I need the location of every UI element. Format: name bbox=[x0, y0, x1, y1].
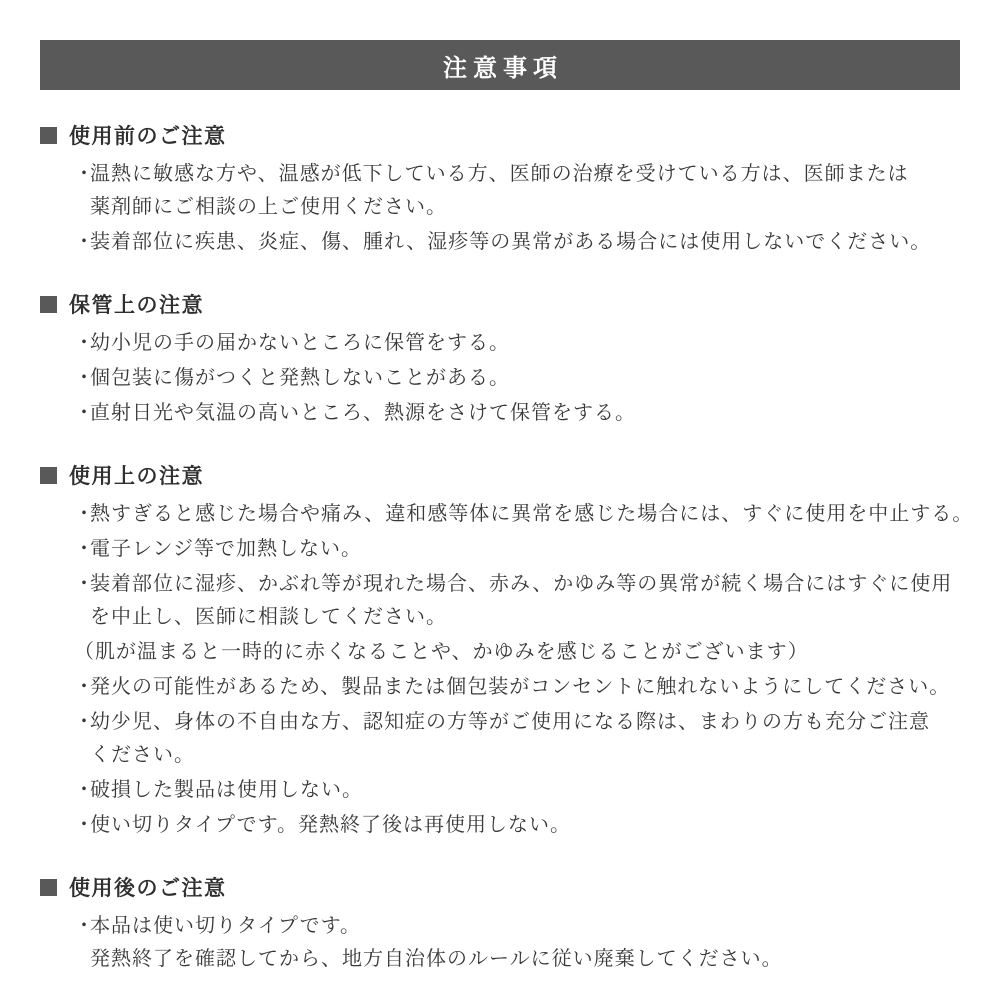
list-item: ・ 発火の可能性があるため、製品または個包装がコンセントに触れないようにしてくだ… bbox=[74, 671, 960, 704]
list-item-text: 直射日光や気温の高いところ、熱源をさけて保管をする。 bbox=[90, 397, 636, 430]
dot-bullet-icon: ・ bbox=[74, 568, 90, 601]
list-item: ・ 個包装に傷がつくと発熱しないことがある。 bbox=[74, 362, 960, 395]
list-item: ・ 使い切りタイプです。発熱終了後は再使用しない。 bbox=[74, 809, 960, 842]
dot-bullet-icon: ・ bbox=[74, 397, 90, 430]
list-item-text: 使い切りタイプです。発熱終了後は再使用しない。 bbox=[90, 809, 571, 842]
caution-list: ・ 本品は使い切りタイプです。 発熱終了を確認してから、地方自治体のルールに従い… bbox=[40, 910, 960, 976]
section-heading: 使用後のご注意 bbox=[40, 874, 960, 900]
dot-bullet-icon: ・ bbox=[74, 671, 90, 704]
section-before-use: 使用前のご注意 ・ 温熱に敏感な方や、温感が低下している方、医師の治療を受けてい… bbox=[40, 122, 960, 259]
list-item: ・ 直射日光や気温の高いところ、熱源をさけて保管をする。 bbox=[74, 397, 960, 430]
section-heading: 使用前のご注意 bbox=[40, 122, 960, 148]
section-heading: 保管上の注意 bbox=[40, 291, 960, 317]
dot-bullet-icon: ・ bbox=[74, 226, 90, 259]
section-heading-text: 保管上の注意 bbox=[69, 289, 204, 319]
dot-bullet-icon: ・ bbox=[74, 533, 90, 566]
caution-list: ・ 温熱に敏感な方や、温感が低下している方、医師の治療を受けている方は、医師また… bbox=[40, 158, 960, 259]
caution-list: ・ 熱すぎると感じた場合や痛み、違和感等体に異常を感じた場合には、すぐに使用を中… bbox=[40, 498, 960, 842]
square-bullet-icon bbox=[40, 467, 57, 484]
dot-bullet-icon: ・ bbox=[74, 809, 90, 842]
list-item: ・ 装着部位に疾患、炎症、傷、腫れ、湿疹等の異常がある場合には使用しないでくださ… bbox=[74, 226, 960, 259]
list-item: ・ 電子レンジ等で加熱しない。 bbox=[74, 533, 960, 566]
list-item: ・ 破損した製品は使用しない。 bbox=[74, 774, 960, 807]
list-item-text: 熱すぎると感じた場合や痛み、違和感等体に異常を感じた場合には、すぐに使用を中止す… bbox=[90, 498, 973, 531]
dot-bullet-icon: ・ bbox=[74, 774, 90, 807]
title-bar: 注意事項 bbox=[40, 40, 960, 90]
list-item: ・ 幼小児の手の届かないところに保管をする。 bbox=[74, 327, 960, 360]
section-heading-text: 使用上の注意 bbox=[69, 460, 204, 490]
list-item: ・ 熱すぎると感じた場合や痛み、違和感等体に異常を感じた場合には、すぐに使用を中… bbox=[74, 498, 960, 531]
section-heading: 使用上の注意 bbox=[40, 462, 960, 488]
section-storage: 保管上の注意 ・ 幼小児の手の届かないところに保管をする。 ・ 個包装に傷がつく… bbox=[40, 291, 960, 430]
dot-bullet-icon: ・ bbox=[74, 362, 90, 395]
list-item-text: 個包装に傷がつくと発熱しないことがある。 bbox=[90, 362, 510, 395]
list-item-text: 幼少児、身体の不自由な方、認知症の方等がご使用になる際は、まわりの方も充分ご注意… bbox=[90, 706, 930, 772]
caution-document: 注意事項 使用前のご注意 ・ 温熱に敏感な方や、温感が低下している方、医師の治療… bbox=[0, 0, 1000, 976]
dot-bullet-icon: ・ bbox=[74, 498, 90, 531]
list-item-text: 幼小児の手の届かないところに保管をする。 bbox=[90, 327, 510, 360]
list-item-text: 破損した製品は使用しない。 bbox=[90, 774, 363, 807]
list-item-text: 温熱に敏感な方や、温感が低下している方、医師の治療を受けている方は、医師または … bbox=[90, 158, 909, 224]
dot-bullet-icon: ・ bbox=[74, 706, 90, 739]
list-item: ・ 温熱に敏感な方や、温感が低下している方、医師の治療を受けている方は、医師また… bbox=[74, 158, 960, 224]
square-bullet-icon bbox=[40, 296, 57, 313]
dot-bullet-icon: ・ bbox=[74, 910, 90, 943]
list-item-text: 電子レンジ等で加熱しない。 bbox=[90, 533, 362, 566]
caution-list: ・ 幼小児の手の届かないところに保管をする。 ・ 個包装に傷がつくと発熱しないこ… bbox=[40, 327, 960, 430]
list-item-text: 装着部位に疾患、炎症、傷、腫れ、湿疹等の異常がある場合には使用しないでください。 bbox=[90, 226, 931, 259]
list-item: ・ 装着部位に湿疹、かぶれ等が現れた場合、赤み、かゆみ等の異常が続く場合にはすぐ… bbox=[74, 568, 960, 634]
square-bullet-icon bbox=[40, 127, 57, 144]
dot-bullet-icon: ・ bbox=[74, 158, 90, 191]
list-item-note: （肌が温まると一時的に赤くなることや、かゆみを感じることがございます） bbox=[74, 636, 960, 669]
list-item: ・ 幼少児、身体の不自由な方、認知症の方等がご使用になる際は、まわりの方も充分ご… bbox=[74, 706, 960, 772]
list-item-text: （肌が温まると一時的に赤くなることや、かゆみを感じることがございます） bbox=[74, 636, 809, 669]
section-during-use: 使用上の注意 ・ 熱すぎると感じた場合や痛み、違和感等体に異常を感じた場合には、… bbox=[40, 462, 960, 842]
section-heading-text: 使用後のご注意 bbox=[69, 872, 227, 902]
list-item-text: 装着部位に湿疹、かぶれ等が現れた場合、赤み、かゆみ等の異常が続く場合にはすぐに使… bbox=[90, 568, 952, 634]
dot-bullet-icon: ・ bbox=[74, 327, 90, 360]
square-bullet-icon bbox=[40, 879, 57, 896]
page-title: 注意事項 bbox=[437, 48, 563, 83]
list-item-text: 本品は使い切りタイプです。 発熱終了を確認してから、地方自治体のルールに従い廃棄… bbox=[90, 910, 783, 976]
list-item: ・ 本品は使い切りタイプです。 発熱終了を確認してから、地方自治体のルールに従い… bbox=[74, 910, 960, 976]
list-item-text: 発火の可能性があるため、製品または個包装がコンセントに触れないようにしてください… bbox=[90, 671, 950, 704]
section-after-use: 使用後のご注意 ・ 本品は使い切りタイプです。 発熱終了を確認してから、地方自治… bbox=[40, 874, 960, 976]
section-heading-text: 使用前のご注意 bbox=[69, 120, 227, 150]
